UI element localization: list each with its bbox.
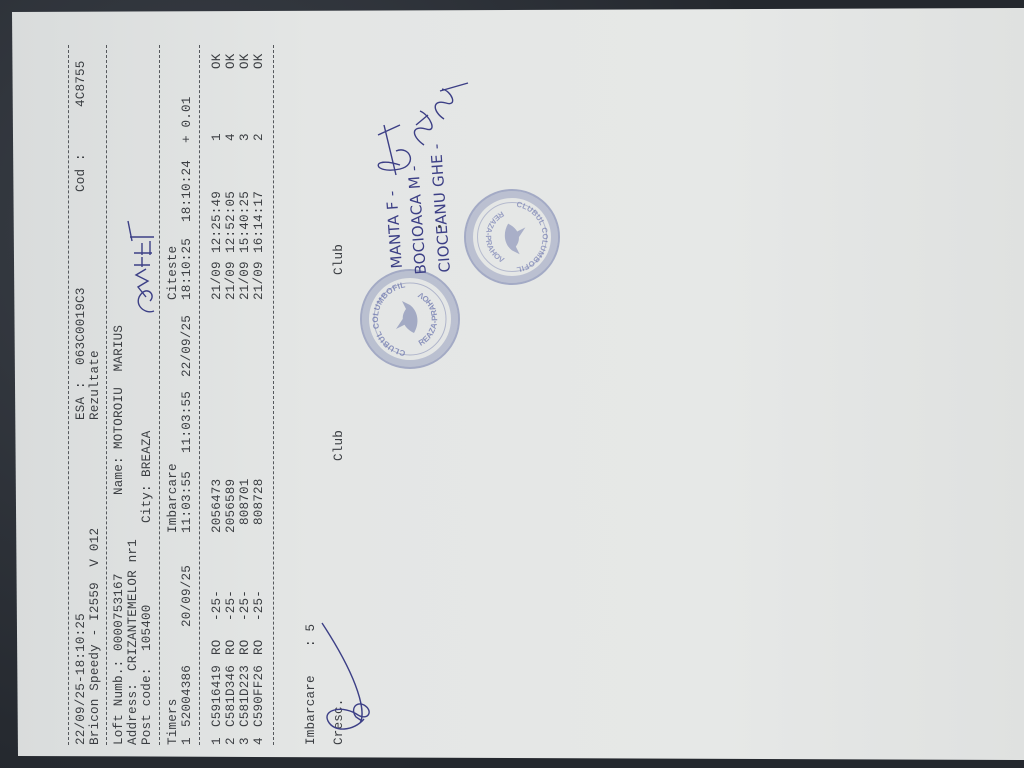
pigeon-icon <box>396 301 417 333</box>
member-signatures <box>370 5 470 195</box>
cod-value: 4C8755 <box>74 60 88 107</box>
esa-value: 063C0019C3 <box>74 287 88 365</box>
pigeon-year: -25- <box>252 590 266 621</box>
pigeon-ring: C581D346 <box>224 665 238 727</box>
timer-serial: 52004386 <box>180 665 194 727</box>
pigeon-icon <box>505 224 526 255</box>
pigeon-rank: 3 <box>238 133 252 141</box>
pigeon-no: 2 <box>224 737 238 745</box>
name-label: Name: <box>112 456 126 495</box>
divider <box>273 45 274 745</box>
divider <box>106 45 107 745</box>
postcode-value: 105400 <box>140 604 154 651</box>
pigeon-date: 21/09 <box>224 261 238 300</box>
loft-number-label: Loft Numb.: <box>112 660 126 745</box>
name-value: MOTOROIU MARIUS <box>112 325 126 449</box>
divider <box>68 45 69 745</box>
cod-label: Cod : <box>74 153 88 192</box>
device-model: Bricon Speedy - I2559 V 012 <box>88 528 102 745</box>
timer-citeste-date: 22/09/25 <box>180 315 194 377</box>
pigeon-chip: 808728 <box>252 478 266 525</box>
pigeon-country: RO <box>210 639 224 655</box>
loft-number-value: 0000753167 <box>112 573 126 651</box>
timer-citeste-time: 18:10:25 <box>180 238 194 300</box>
esa-label: ESA : <box>74 381 88 420</box>
pigeon-date: 21/09 <box>238 261 252 300</box>
pigeon-status: OK <box>238 53 252 69</box>
timer-clock-time: 18:10:24 <box>180 160 194 222</box>
timers-label: Timers <box>166 698 180 745</box>
postcode-label: Post code: <box>140 667 154 745</box>
divider <box>159 45 160 745</box>
timer-imbarcare-time: 11:03:55 <box>180 471 194 533</box>
club-stamp: CLUBUL COLUMBOFIL BREAZA-PRAHOVA <box>360 269 460 369</box>
pigeon-status: OK <box>210 53 224 69</box>
pigeon-country: RO <box>252 639 266 655</box>
timers-col-imbarcare: Imbarcare <box>166 463 180 533</box>
pigeon-chip: 808701 <box>238 478 252 525</box>
address-value: CRIZANTEMELOR nr1 <box>126 539 140 671</box>
club-stamp: CLUBUL COLUMBOFIL BREAZA-PRAHOVA <box>464 189 560 285</box>
timer-deviation: + 0.01 <box>180 96 194 143</box>
document-type: Rezultate <box>88 350 102 420</box>
pigeon-year: -25- <box>238 590 252 621</box>
ink-dot <box>438 225 441 228</box>
pigeon-no: 4 <box>252 737 266 745</box>
timer-index: 1 <box>180 737 194 745</box>
pigeon-no: 1 <box>210 737 224 745</box>
divider <box>199 45 200 745</box>
pigeon-ring: C590FF26 <box>252 665 266 727</box>
pigeon-date: 21/09 <box>210 261 224 300</box>
pigeon-time: 12:52:05 <box>224 191 238 253</box>
club-label-2: Club <box>332 244 346 275</box>
breeder-signature <box>314 621 384 741</box>
race-result-printout: 22/09/25-18:10:25 ESA : 063C0019C3 Cod :… <box>60 15 580 755</box>
pigeon-time: 16:14:17 <box>252 191 266 253</box>
handwritten-member-1: MANTA F - <box>385 190 405 269</box>
timer-imbarcare-date: 20/09/25 <box>180 565 194 627</box>
pigeon-date: 21/09 <box>252 261 266 300</box>
timer-imbarcare-end-time: 11:03:55 <box>180 391 194 453</box>
timers-col-citeste: Citeste <box>166 246 180 300</box>
pigeon-rank: 1 <box>210 133 224 141</box>
pigeon-chip: 2056473 <box>210 479 224 533</box>
pigeon-country: RO <box>224 639 238 655</box>
svg-text:CLUBUL COLUMBOFIL: CLUBUL COLUMBOFIL <box>371 280 406 357</box>
pigeon-year: -25- <box>224 590 238 621</box>
pigeon-chip: 2056589 <box>224 479 238 533</box>
city-label: City: <box>140 484 154 523</box>
svg-text:CLUBUL COLUMBOFIL: CLUBUL COLUMBOFIL <box>516 200 550 275</box>
pigeon-country: RO <box>238 639 252 655</box>
pigeon-rank: 4 <box>224 133 238 141</box>
pigeon-time: 15:40:25 <box>238 191 252 253</box>
city-value: BREAZA <box>140 430 154 477</box>
pigeon-status: OK <box>224 53 238 69</box>
print-datetime: 22/09/25-18:10:25 <box>74 613 88 745</box>
pigeon-year: -25- <box>210 590 224 621</box>
address-label: Address: <box>126 683 140 745</box>
controller-signature <box>124 217 164 317</box>
pigeon-ring: C5916419 <box>210 665 224 727</box>
pigeon-no: 3 <box>238 737 252 745</box>
pigeon-ring: C581D223 <box>238 665 252 727</box>
pigeon-rank: 2 <box>252 133 266 141</box>
club-label-1: Club <box>332 430 346 461</box>
pigeon-status: OK <box>252 53 266 69</box>
pigeon-time: 12:25:49 <box>210 191 224 253</box>
